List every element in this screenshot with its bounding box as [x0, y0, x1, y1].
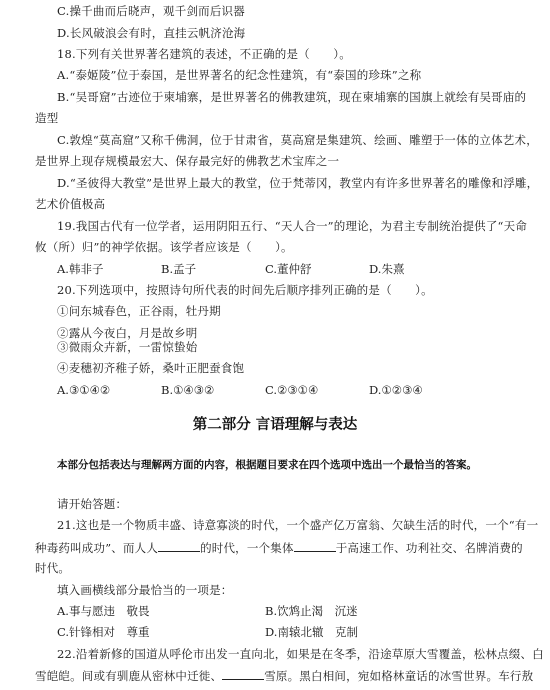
section-instruction: 本部分包括表达与理解两方面的内容，根据题目要求在四个选项中选出一个最恰当的答案。 [57, 458, 477, 472]
q21-option-b: B.饮鸩止渴 沉迷 [265, 604, 358, 618]
q20-item-4: ④麦穗初齐稚子娇，桑叶正肥蚕食饱 [57, 361, 542, 375]
q21-stem-line2-part3: 于高速工作、功利社交、名牌消费的 [336, 541, 523, 555]
q21-stem-line2-part2: 的时代，一个集体 [200, 541, 294, 555]
q21-stem-line3: 时代。 [35, 561, 520, 575]
q22-stem-line2-part1: 雪皑皑。间或有驯鹿从密林中迁徙、 [35, 669, 222, 683]
exam-page: C.操千曲而后晓声，观千剑而后识器 D.长风破浪会有时，直挂云帆济沧海 18.下… [0, 0, 550, 690]
q20-option-d: D.①②③④ [369, 383, 423, 397]
q21-blank-2 [294, 540, 336, 552]
q22-stem-line2-part2: 雪原。黑白相间，宛如格林童话的冰雪世界。车行敖 [264, 669, 533, 683]
q22-stem-line1: 22.沿着新修的国道从呼伦市出发一直向北，如果是在冬季，沿途草原大雪覆盖，松林点… [57, 647, 542, 661]
q21-option-d: D.南辕北辙 克制 [265, 625, 358, 639]
q20-item-3: ③微雨众卉新，一雷惊蛰始 [57, 340, 542, 354]
section-title: 第二部分 言语理解与表达 [0, 416, 550, 434]
q20-option-a: A.③①④② [57, 383, 110, 397]
q22-stem-line2: 雪皑皑。间或有驯鹿从密林中迁徙、雪原。黑白相间，宛如格林童话的冰雪世界。车行敖 [35, 668, 520, 683]
q18-option-b-line2: 造型 [35, 111, 520, 125]
q17-option-d: D.长风破浪会有时，直挂云帆济沧海 [57, 26, 542, 40]
q21-stem-line2: 种毒药叫成功”、而人人的时代，一个集体于高速工作、功利社交、名牌消费的 [35, 540, 520, 555]
q20-item-2: ②露从今夜白，月是故乡明 [57, 326, 542, 340]
q19-option-d: D.朱熹 [369, 262, 404, 276]
q21-option-c: C.针锋相对 尊重 [57, 625, 150, 639]
q21-options-row1: A.事与愿违 敬畏 B.饮鸩止渴 沉迷 [57, 604, 527, 618]
q19-option-c: C.董仲舒 [265, 262, 312, 276]
q20-options: A.③①④② B.①④③② C.②③①④ D.①②③④ [57, 383, 527, 397]
q21-stem-line1: 21.这也是一个物质丰盛、诗意寡淡的时代，一个盛产亿万富翁、欠缺生活的时代，一个… [57, 518, 542, 532]
q21-options-row2: C.针锋相对 尊重 D.南辕北辙 克制 [57, 625, 527, 639]
q20-option-c: C.②③①④ [265, 383, 318, 397]
q20-item-1: ①问东城春色，正谷雨，牡丹期 [57, 304, 542, 318]
q18-option-b-line1: B.“吴哥窟”古迹位于柬埔寨，是世界著名的佛教建筑，现在柬埔寨的国旗上就绘有吴哥… [57, 90, 542, 104]
q18-option-d-line2: 艺术价值极高 [35, 197, 520, 211]
q18-option-d-line1: D.“圣彼得大教堂”是世界上最大的教堂，位于梵蒂冈，教堂内有许多世界著名的雕像和… [57, 176, 542, 190]
q20-option-b: B.①④③② [161, 383, 214, 397]
q19-options: A.韩非子 B.孟子 C.董仲舒 D.朱熹 [57, 262, 527, 276]
q17-option-c: C.操千曲而后晓声，观千剑而后识器 [57, 4, 542, 18]
q19-stem-line1: 19.我国古代有一位学者，运用阴阳五行、“天人合一”的理论，为君主专制统治提供了… [57, 219, 542, 233]
start-prompt: 请开始答题： [57, 497, 542, 511]
q21-option-a: A.事与愿违 敬畏 [57, 604, 149, 618]
q19-stem-line2: 攸（所）归”的神学依据。该学者应该是（ ）。 [35, 240, 520, 254]
q18-option-c-line2: 是世界上现存规模最宏大、保存最完好的佛教艺术宝库之一 [35, 154, 520, 168]
q19-option-a: A.韩非子 [57, 262, 103, 276]
q18-option-c-line1: C.敦煌“莫高窟”又称千佛洞，位于甘肃省，莫高窟是集建筑、绘画、雕塑于一体的立体… [57, 133, 542, 147]
q20-stem: 20.下列选项中，按照诗句所代表的时间先后顺序排列正确的是（ ）。 [57, 283, 542, 297]
q21-prompt: 填入画横线部分最恰当的一项是： [57, 583, 542, 597]
q18-stem: 18.下列有关世界著名建筑的表述，不正确的是（ ）。 [57, 47, 542, 61]
q18-option-a: A.“泰姬陵”位于泰国，是世界著名的纪念性建筑，有“泰国的珍珠”之称 [57, 68, 542, 82]
q19-option-b: B.孟子 [161, 262, 196, 276]
q21-blank-1 [158, 540, 200, 552]
q21-stem-line2-part1: 种毒药叫成功”、而人人 [35, 541, 158, 555]
q22-blank [222, 668, 264, 680]
